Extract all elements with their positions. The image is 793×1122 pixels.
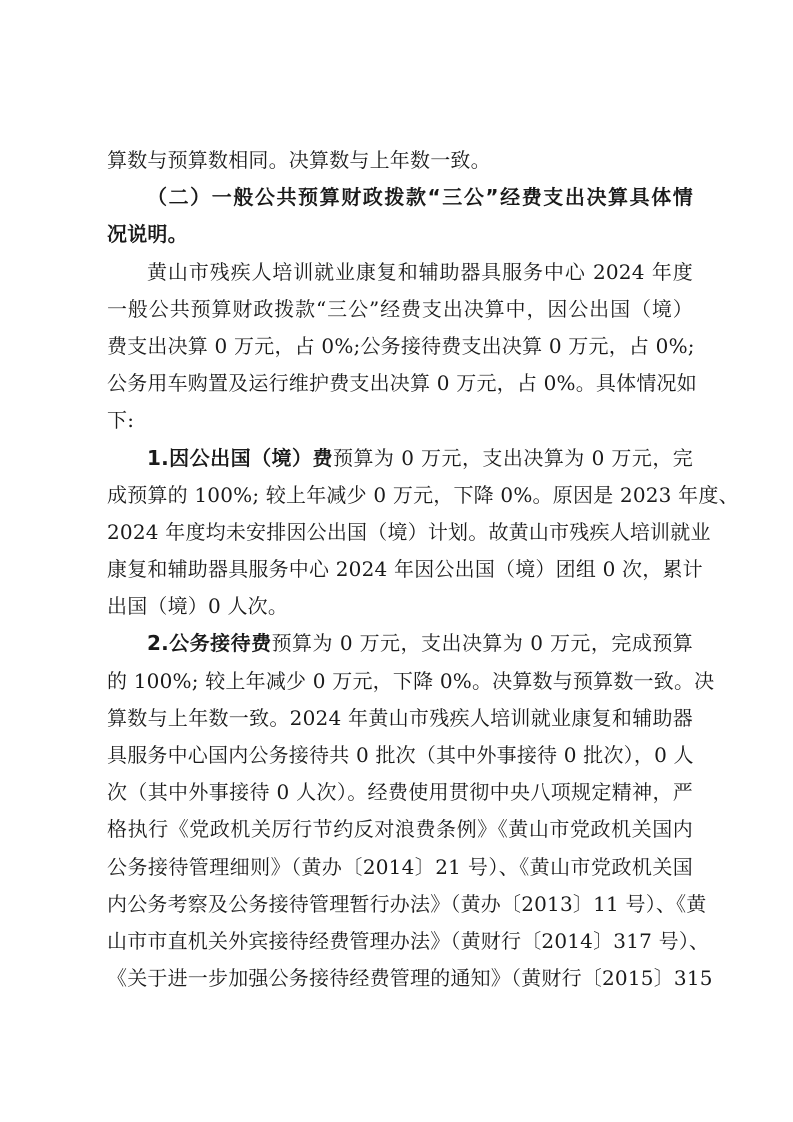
item-2-line-4: 具服务中心国内公务接待共 0 批次（其中外事接待 0 批次），0 人: [107, 737, 693, 774]
item-2-line-7: 公务接待管理细则》（黄办〔2014〕21 号）、《黄山市党政机关国: [107, 849, 693, 886]
item-2-line-5: 次（其中外事接待 0 人次）。经费使用贯彻中央八项规定精神，严: [107, 774, 693, 811]
item-2-text: 预算为 0 万元，支出决算为 0 万元，完成预算: [272, 631, 693, 655]
item-2-line-2: 的 100%; 较上年减少 0 万元，下降 0%。决算数与预算数一致。决: [107, 663, 693, 700]
paragraph-summary-line-4: 公务用车购置及运行维护费支出决算 0 万元，占 0%。具体情况如: [107, 365, 693, 402]
section-heading-line-2: 况说明。: [107, 216, 693, 253]
item-2-line-6: 格执行《党政机关厉行节约反对浪费条例》《黄山市党政机关国内: [107, 811, 693, 848]
paragraph-summary-line-3: 费支出决算 0 万元，占 0%;公务接待费支出决算 0 万元，占 0%;: [107, 328, 693, 365]
item-1-title: 1.因公出国（境）费: [147, 446, 333, 470]
item-2-line-9: 山市市直机关外宾接待经费管理办法》（黄财行〔2014〕317 号）、: [107, 923, 693, 960]
item-2-line-8: 内公务考察及公务接待管理暂行办法》（黄办〔2013〕11 号）、《黄: [107, 886, 693, 923]
text-line-1: 算数与预算数相同。决算数与上年数一致。: [107, 142, 693, 179]
item-1-text: 预算为 0 万元，支出决算为 0 万元，完: [333, 446, 693, 470]
item-2-line-3: 算数与上年数一致。2024 年黄山市残疾人培训就业康复和辅助器: [107, 700, 693, 737]
item-1-line-5: 出国（境）0 人次。: [107, 588, 693, 625]
item-1-line-1: 1.因公出国（境）费预算为 0 万元，支出决算为 0 万元，完: [107, 440, 693, 477]
document-page: 算数与预算数相同。决算数与上年数一致。 （二）一般公共预算财政拨款“三公”经费支…: [107, 142, 693, 997]
paragraph-summary-line-2: 一般公共预算财政拨款“三公”经费支出决算中，因公出国（境）: [107, 291, 693, 328]
item-1-line-3: 2024 年度均未安排因公出国（境）计划。故黄山市残疾人培训就业: [107, 514, 693, 551]
section-heading-line-1: （二）一般公共预算财政拨款“三公”经费支出决算具体情: [107, 179, 693, 216]
paragraph-summary-line-5: 下:: [107, 402, 693, 439]
paragraph-summary-line-1: 黄山市残疾人培训就业康复和辅助器具服务中心 2024 年度: [107, 254, 693, 291]
item-1-line-2: 成预算的 100%; 较上年减少 0 万元，下降 0%。原因是 2023 年度、: [107, 477, 693, 514]
item-1-line-4: 康复和辅助器具服务中心 2024 年因公出国（境）团组 0 次，累计: [107, 551, 693, 588]
item-2-line-1: 2.公务接待费预算为 0 万元，支出决算为 0 万元，完成预算: [107, 625, 693, 662]
item-2-title: 2.公务接待费: [147, 631, 272, 655]
item-2-line-10: 《关于进一步加强公务接待经费管理的通知》（黄财行〔2015〕315: [107, 960, 693, 997]
